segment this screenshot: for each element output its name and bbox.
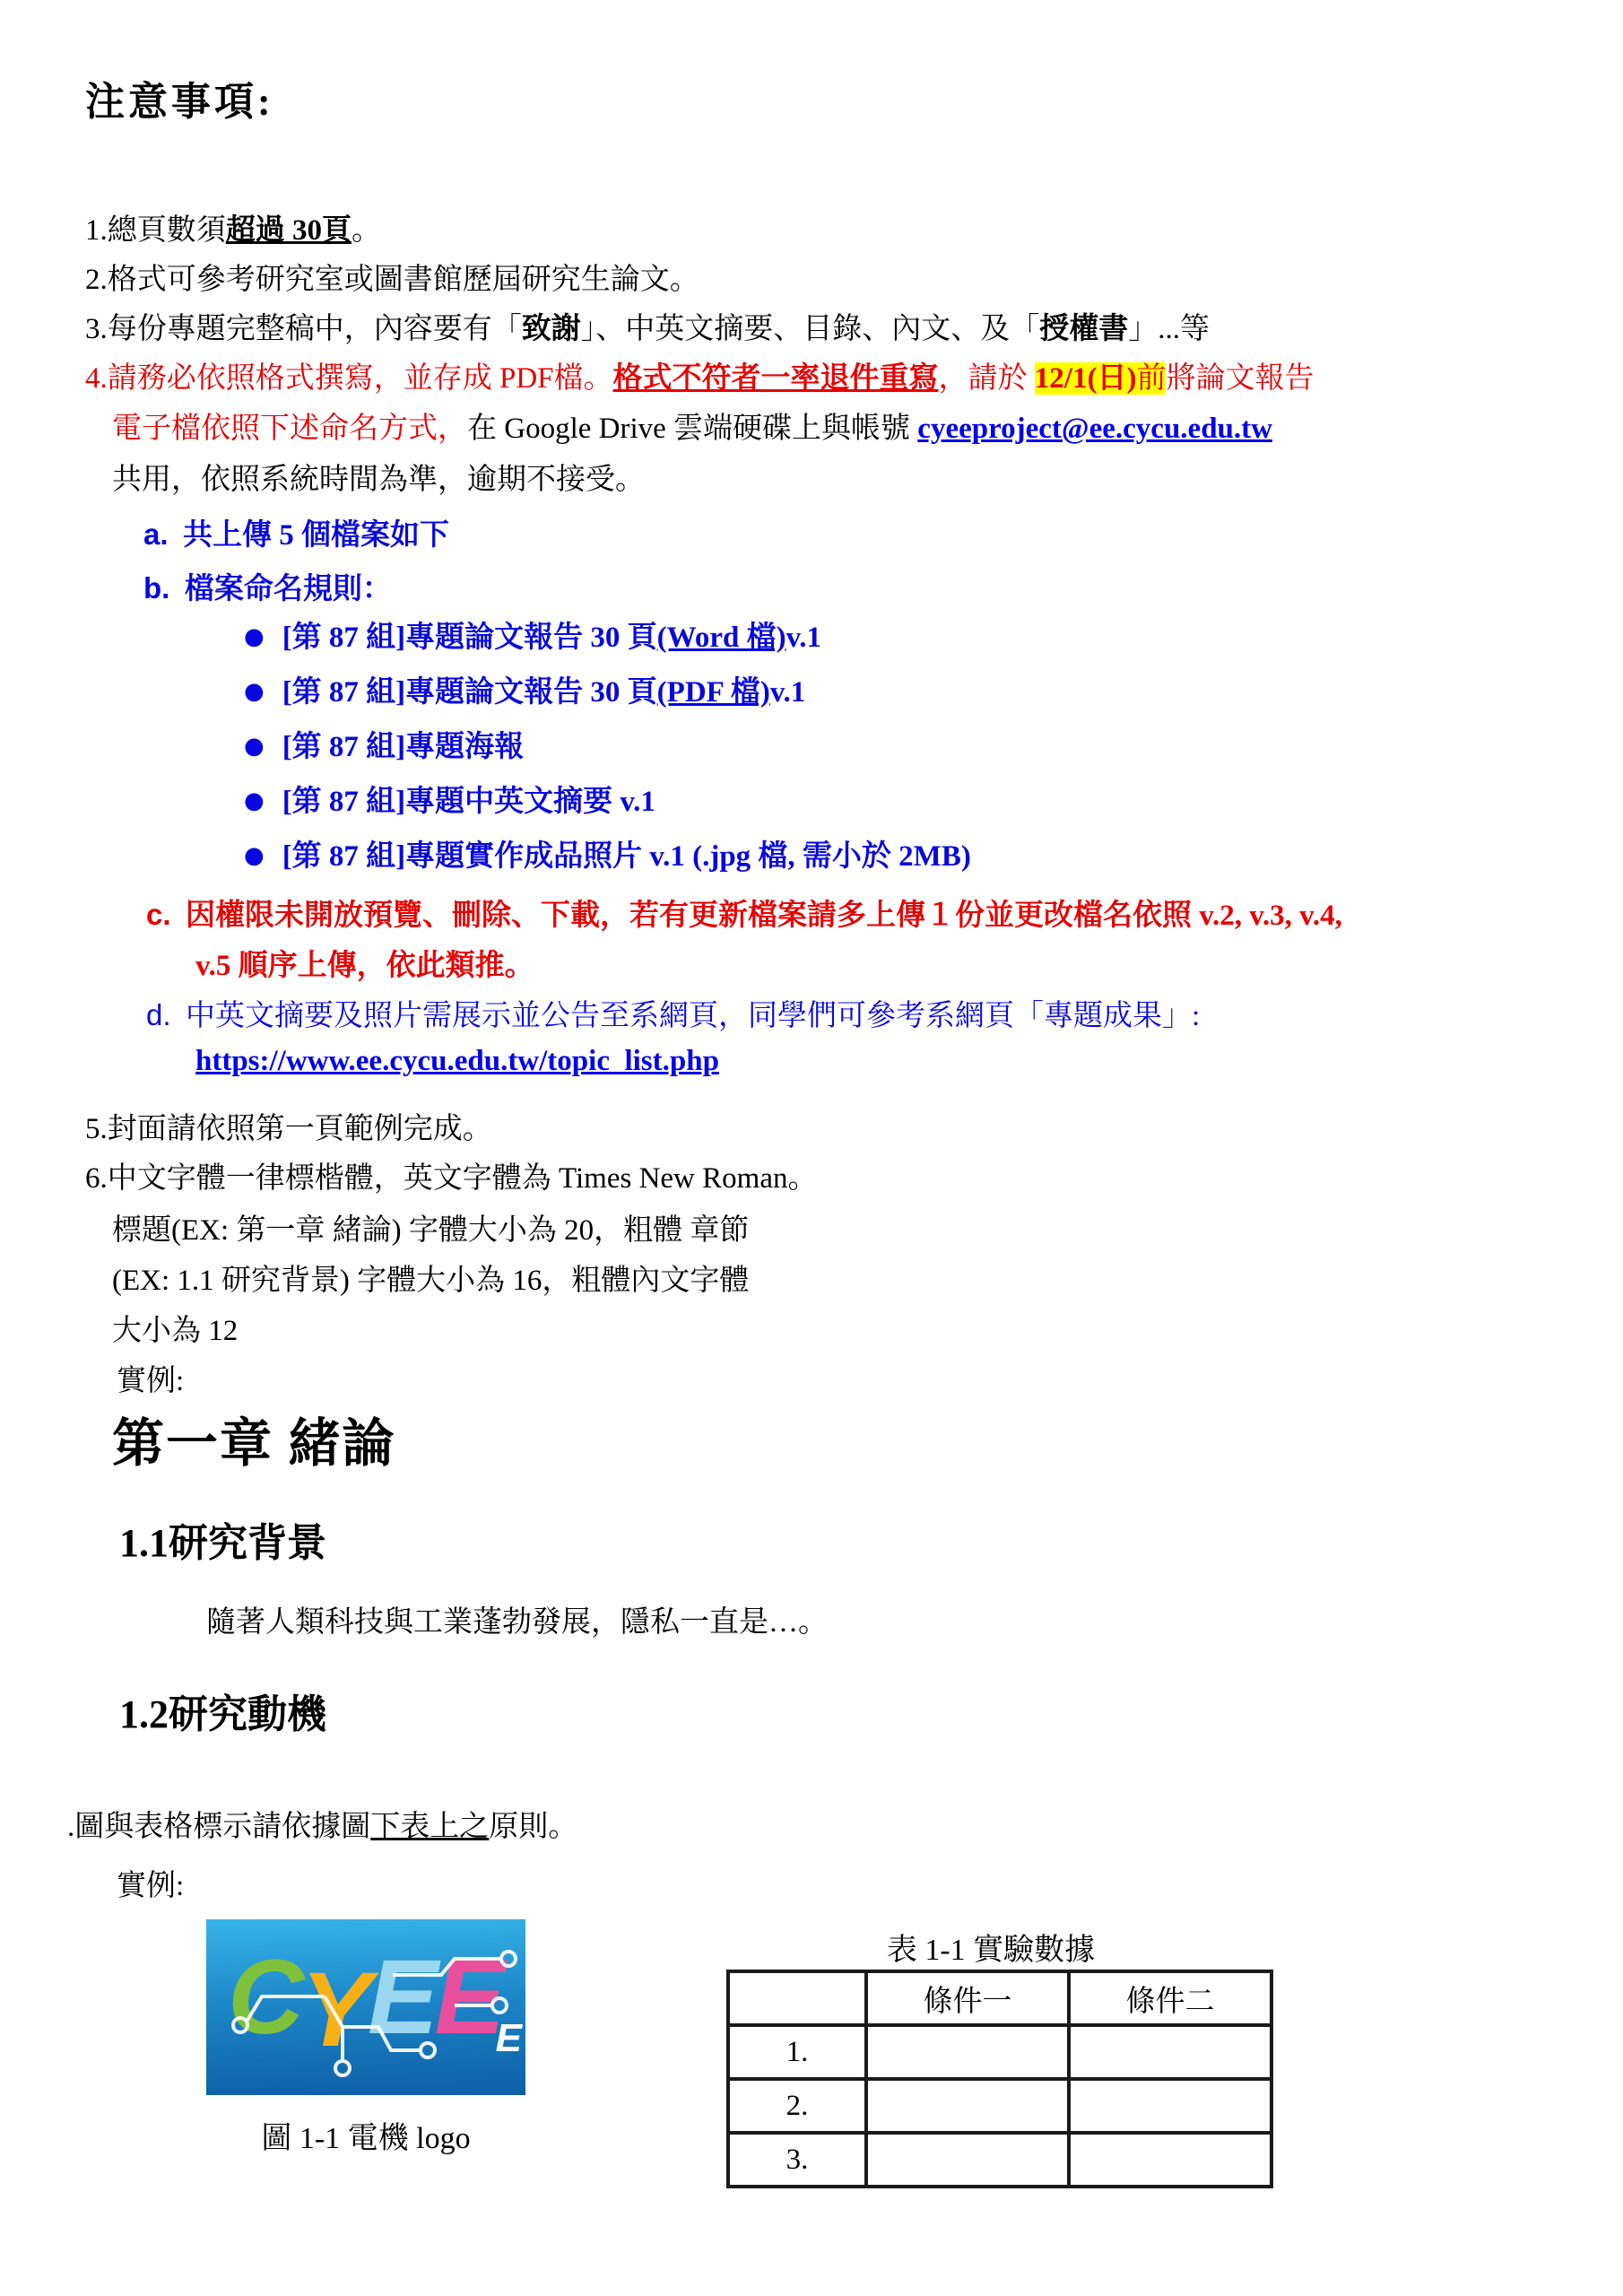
table-title: 表 1-1 實驗數據 [726, 1925, 1255, 1969]
experiment-data-table: 條件一 條件二 1. 2. 3. [726, 1970, 1273, 2188]
file-list-item: ●[第 87 組]專題實作成品照片 v.1 (.jpg 檔, 需小於 2MB) [244, 839, 971, 875]
item3-pre: 3.每份專題完整稿中，內容要有「 [85, 313, 522, 345]
note-item-1: 1.總頁數須超過 30頁。 [85, 213, 381, 249]
table-header-row: 條件一 條件二 [728, 1971, 1271, 2025]
sub-item-a: a. 共上傳 5 個檔案如下 [143, 517, 449, 554]
item3-bold-authorization: 授權書 [1039, 313, 1128, 345]
page-title: 注意事項: [85, 79, 274, 126]
sub-item-b-marker: b. [143, 571, 169, 604]
file2-pre: [第 87 組]專題海報 [282, 731, 524, 763]
header-cell-condition2: 條件二 [1069, 1971, 1271, 2025]
circuit-trace-icon [206, 1919, 525, 2095]
file0-underline: (Word 檔) [657, 622, 786, 654]
cell [866, 2025, 1069, 2079]
item4-deadline-highlight: 12/1(日) [1035, 362, 1137, 395]
item4-red2: ，請於 [939, 362, 1035, 395]
section-1-1-heading: 1.1研究背景 [119, 1520, 326, 1568]
header-cell-condition1: 條件一 [866, 1971, 1069, 2025]
bullet-icon: ● [244, 623, 265, 650]
figure-rule-pre: .圖與表格標示請依據圖 [67, 1811, 370, 1843]
font-note-2: (EX: 1.1 研究背景) 字體大小為 16，粗體內文字體 [112, 1264, 749, 1300]
sub-item-c-marker: c. [146, 898, 171, 931]
file4-pre: [第 87 組]專題實作成品照片 v.1 (.jpg 檔, 需小於 2MB) [282, 840, 971, 873]
bullet-icon: ● [244, 842, 265, 869]
sub-item-d: d. 中英文摘要及照片需展示並公告至系網頁，同學們可參考系網頁「專題成果」: [146, 997, 1200, 1035]
sub-item-c-text1: 因權限未開放預覽、刪除、下載，若有更新檔案請多上傳１份並更改檔名依照 v.2, … [186, 900, 1342, 932]
note-item-5: 5.封面請依照第一頁範例完成。 [85, 1112, 492, 1148]
file-list-item: ●[第 87 組]專題海報 [244, 730, 524, 766]
email-link[interactable]: cyeeproject@ee.cycu.edu.tw [917, 413, 1272, 445]
file1-underline: (PDF 檔) [657, 676, 770, 709]
note-item-4-line1: 4.請務必依照格式撰寫，並存成 PDF檔。格式不符者一率退件重寫，請於 12/1… [85, 361, 1314, 397]
table-row: 2. [728, 2079, 1271, 2133]
chapter-heading: 第一章 緒論 [112, 1413, 396, 1475]
cell [866, 2079, 1069, 2133]
sub-item-a-marker: a. [143, 517, 169, 551]
cyee-logo-image: CYEE E [206, 1919, 525, 2095]
file0-post: v.1 [786, 622, 821, 654]
topic-list-link[interactable]: https://www.ee.cycu.edu.tw/topic_list.ph… [195, 1045, 719, 1077]
row-label: 2. [728, 2079, 866, 2133]
bullet-icon: ● [244, 678, 265, 705]
font-note-3: 大小為 12 [112, 1314, 238, 1350]
section-1-1-paragraph: 隨著人類科技與工業蓬勃發展，隱私一直是…。 [206, 1605, 828, 1641]
sub-item-b-text: 檔案命名規則： [185, 573, 392, 605]
item3-post: 」...等 [1128, 313, 1210, 345]
sub-item-d-text: 中英文摘要及照片需展示並公告至系網頁，同學們可參考系網頁「專題成果」: [186, 1000, 1200, 1032]
file-list-item: ●[第 87 組]專題中英文摘要 v.1 [244, 785, 655, 821]
figure-table-rule: .圖與表格標示請依據圖下表上之原則。 [67, 1810, 577, 1846]
note-item-4-line3: 共用，依照系統時間為準，逾期不接受。 [112, 463, 645, 499]
item3-bold-acknowledgement: 致謝 [522, 313, 581, 345]
font-note-1: 標題(EX: 第一章 緒論) 字體大小為 20，粗體 章節 [112, 1213, 749, 1249]
note-item-2: 2.格式可參考研究室或圖書館歷屆研究生論文。 [85, 263, 699, 299]
note-item-3: 3.每份專題完整稿中，內容要有「致謝」、中英文摘要、目錄、內文、及「授權書」..… [85, 312, 1210, 348]
bullet-icon: ● [244, 787, 265, 814]
file1-pre: [第 87 組]專題論文報告 30 頁 [282, 676, 657, 709]
example-label-1: 實例: [117, 1364, 184, 1400]
item1-post: 。 [352, 214, 381, 247]
item4-warning-emphasis: 格式不符者一率退件重寫 [613, 362, 939, 395]
figure-rule-post: 原則。 [489, 1811, 577, 1843]
note-item-4-line2: 電子檔依照下述命名方式，在 Google Drive 雲端硬碟上與帳號 cyee… [112, 412, 1272, 448]
logo-sub-letter: E [496, 2016, 522, 2061]
file-list-item: ●[第 87 組]專題論文報告 30 頁(PDF 檔)v.1 [244, 675, 805, 711]
file0-pre: [第 87 組]專題論文報告 30 頁 [282, 622, 657, 654]
sub-item-c-line2: v.5 順序上傳，依此類推。 [195, 949, 534, 985]
item1-pre: 1.總頁數須 [85, 214, 226, 247]
row-label: 3. [728, 2133, 866, 2187]
table-row: 1. [728, 2025, 1271, 2079]
sub-item-c-line1: c. 因權限未開放預覽、刪除、下載，若有更新檔案請多上傳１份並更改檔名依照 v.… [146, 897, 1342, 935]
item3-mid: 」、中英文摘要、目錄、內文、及「 [581, 313, 1040, 345]
sub-item-a-text: 共上傳 5 個檔案如下 [183, 519, 449, 552]
file3-pre: [第 87 組]專題中英文摘要 v.1 [282, 786, 655, 818]
cell [1069, 2079, 1271, 2133]
item4-red3: 將論文報告 [1166, 362, 1314, 395]
figure-rule-underline: 下表上之 [370, 1811, 489, 1843]
item4-line2-black: 在 Google Drive 雲端硬碟上與帳號 [467, 413, 917, 445]
file-list-item: ●[第 87 組]專題論文報告 30 頁(Word 檔)v.1 [244, 621, 821, 657]
row-label: 1. [728, 2025, 866, 2079]
file1-post: v.1 [770, 676, 805, 709]
item4-line2-red: 電子檔依照下述命名方式， [112, 413, 467, 445]
item4-deadline-suffix: 前 [1136, 362, 1166, 395]
bullet-icon: ● [244, 733, 265, 760]
document-page: 注意事項: 1.總頁數須超過 30頁。 2.格式可參考研究室或圖書館歷屆研究生論… [0, 0, 1623, 2296]
example-label-2: 實例: [117, 1869, 184, 1905]
cell [866, 2133, 1069, 2187]
sub-item-b: b. 檔案命名規則： [143, 570, 392, 608]
figure-caption: 圖 1-1 電機 logo [206, 2113, 525, 2157]
note-item-6: 6.中文字體一律標楷體，英文字體為 Times New Roman。 [85, 1161, 817, 1197]
section-1-2-heading: 1.2研究動機 [119, 1692, 326, 1739]
sub-item-d-marker: d. [146, 998, 171, 1031]
table-row: 3. [728, 2133, 1271, 2187]
header-cell-empty [728, 1971, 866, 2025]
item1-emphasis: 超過 30頁 [226, 214, 352, 247]
cell [1069, 2025, 1271, 2079]
item4-red1: 4.請務必依照格式撰寫，並存成 PDF檔。 [85, 362, 613, 395]
cell [1069, 2133, 1271, 2187]
topic-list-link-line: https://www.ee.cycu.edu.tw/topic_list.ph… [195, 1044, 719, 1080]
